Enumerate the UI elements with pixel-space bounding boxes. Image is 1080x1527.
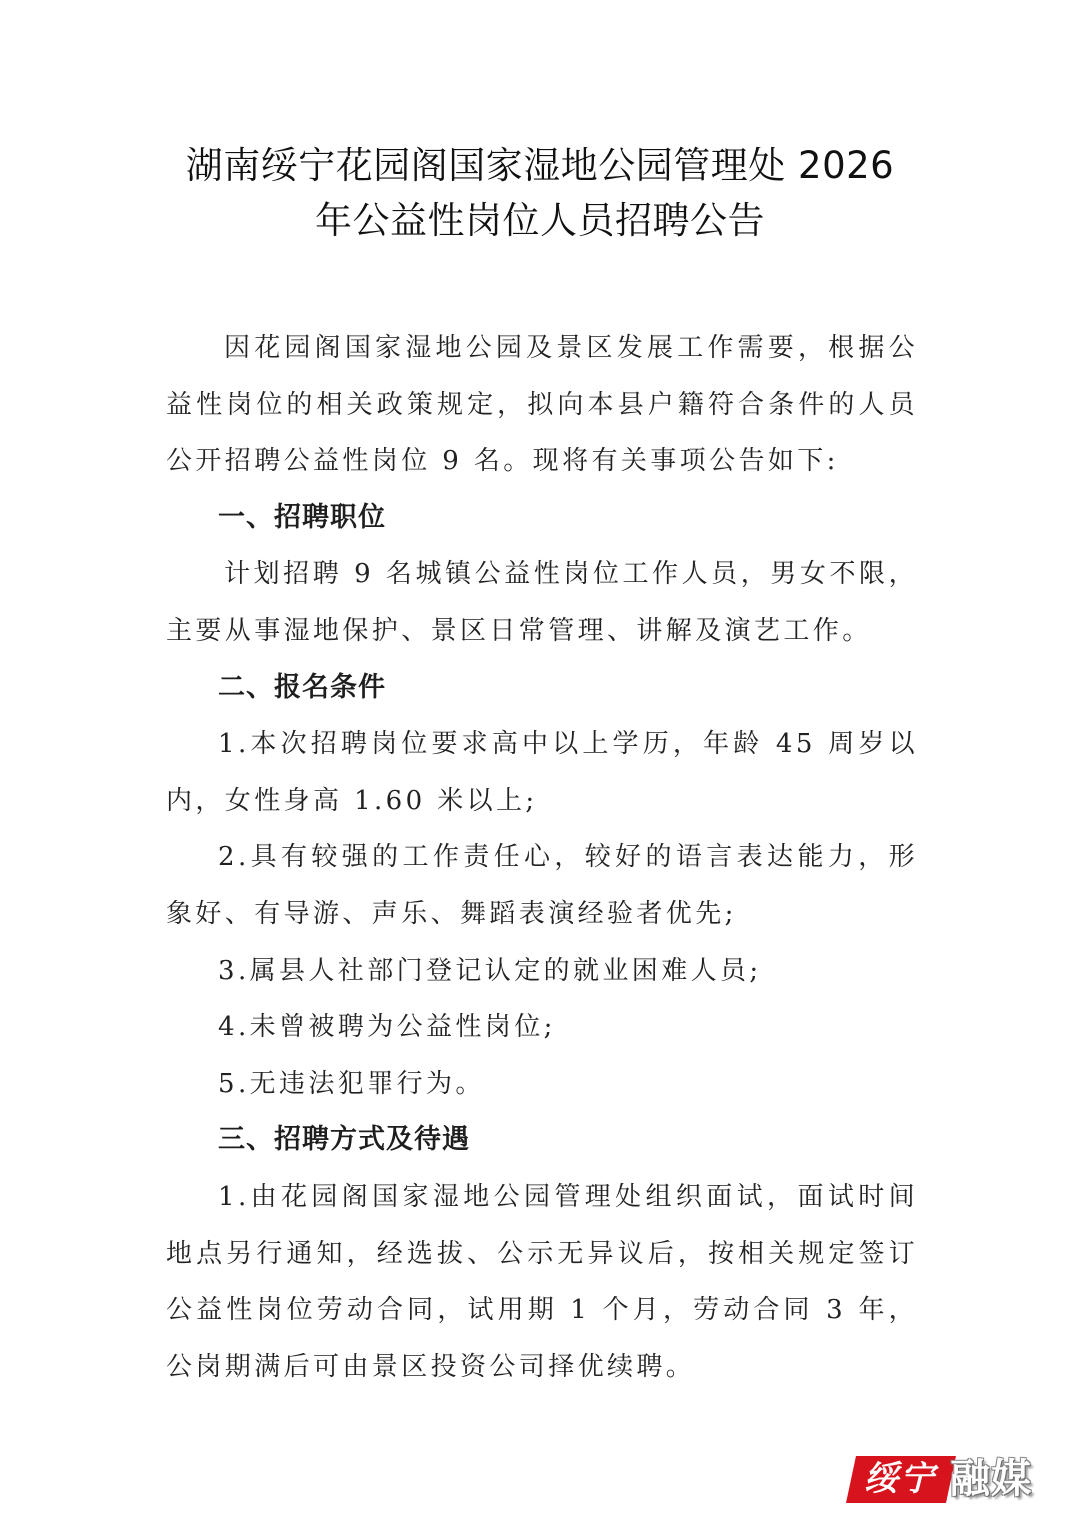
title-line-1: 湖南绥宁花园阁国家湿地公园管理处 2026 <box>186 144 894 187</box>
requirement-item-4: 4.未曾被聘为公益性岗位; <box>166 999 918 1056</box>
method-item-1: 1.由花园阁国家湿地公园管理处组织面试，面试时间地点另行通知，经选拔、公示无异议… <box>166 1169 918 1395</box>
requirement-item-5: 5.无违法犯罪行为。 <box>166 1056 918 1113</box>
section-heading-requirements: 二、报名条件 <box>166 660 918 717</box>
document-body: 因花园阁国家湿地公园及景区发展工作需要，根据公益性岗位的相关政策规定，拟向本县户… <box>166 320 918 1395</box>
logo-white-text: 融媒 <box>950 1454 1032 1504</box>
section-heading-positions: 一、招聘职位 <box>166 490 918 547</box>
positions-paragraph: 计划招聘 9 名城镇公益性岗位工作人员，男女不限，主要从事湿地保护、景区日常管理… <box>166 546 918 659</box>
title-line-2: 年公益性岗位人员招聘公告 <box>315 199 765 242</box>
document-title: 湖南绥宁花园阁国家湿地公园管理处 2026 年公益性岗位人员招聘公告 <box>160 138 920 248</box>
requirement-item-1: 1.本次招聘岗位要求高中以上学历，年龄 45 周岁以内，女性身高 1.60 米以… <box>166 716 918 829</box>
intro-paragraph: 因花园阁国家湿地公园及景区发展工作需要，根据公益性岗位的相关政策规定，拟向本县户… <box>166 320 918 490</box>
logo-red-text: 绥宁 <box>854 1456 946 1503</box>
section-heading-method-benefits: 三、招聘方式及待遇 <box>166 1112 918 1169</box>
document-page: 湖南绥宁花园阁国家湿地公园管理处 2026 年公益性岗位人员招聘公告 因花园阁国… <box>0 0 1080 1527</box>
requirement-item-2: 2.具有较强的工作责任心，较好的语言表达能力，形象好、有导游、声乐、舞蹈表演经验… <box>166 829 918 942</box>
requirement-item-3: 3.属县人社部门登记认定的就业困难人员; <box>166 943 918 1000</box>
suining-media-logo: 绥宁 融媒 <box>846 1454 1056 1506</box>
